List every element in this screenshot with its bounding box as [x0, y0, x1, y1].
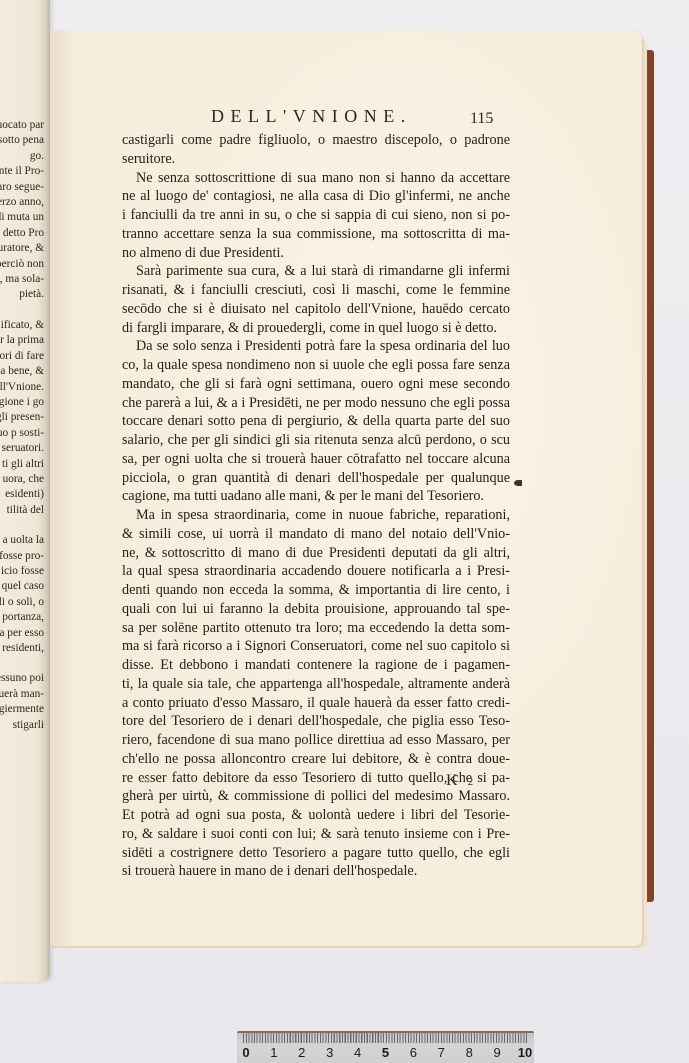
text-line: sa per solēne partito ottenuto tra loro;… [122, 619, 510, 638]
text-line: risanati, & i fanciulli cresciuti, così … [122, 281, 510, 300]
left-page-line: terzo anno, [0, 195, 44, 210]
text-line: ti, la quale sia tale, che appartenga al… [122, 675, 510, 694]
text-line: sa, per ogni uolta che si trouerà hauer … [122, 450, 510, 469]
left-page-line: esidenti) [0, 487, 44, 502]
left-page-line: ati, ma sola- [0, 272, 44, 287]
ruler-label: 7 [438, 1045, 445, 1060]
left-page-line: curatore, & [0, 241, 44, 256]
left-page-line [0, 518, 44, 533]
ruler-label: 6 [410, 1045, 417, 1060]
ruler-label: 3 [326, 1045, 333, 1060]
text-line: disse. Et debbono i mandati contenere la… [122, 656, 510, 675]
showthrough-text: na [140, 774, 150, 786]
left-page-line: uerà man- [0, 687, 44, 702]
left-page-line: da bene, & [0, 364, 44, 379]
signature-letter: K [446, 772, 458, 789]
body-text: castigarli come padre figliuolo, o maest… [122, 131, 510, 881]
left-page-line: alificato, & [0, 318, 44, 333]
text-line: gherà per uirtù, & commissione di pollic… [122, 787, 510, 806]
left-page-line: seruatori. [0, 441, 44, 456]
left-page-line: ell'Vnione. [0, 380, 44, 395]
page-number: 115 [470, 110, 493, 128]
left-page-text: auocato par, sotto penago.nente il Pro-s… [0, 118, 44, 733]
left-page-line: quel caso [0, 579, 44, 594]
text-line: cagione, ma tutti uadano alle mani, & pe… [122, 487, 510, 506]
text-line: Et potrà ad ogni sua posta, & uolontà ue… [122, 806, 510, 825]
left-page-line: auocato par [0, 118, 44, 133]
left-page-line: suo p sosti- [0, 426, 44, 441]
text-line: si trouerà hauere in mano de i denari de… [122, 862, 510, 881]
left-page-line: ti gli altri [0, 457, 44, 472]
scale-ruler: 012345678910 [237, 1031, 534, 1063]
left-page-line: i di muta un [0, 210, 44, 225]
text-line: secōdo che si è diuisato nel capitolo de… [122, 300, 510, 319]
text-line: ch'ello ne possa alloncontro creare lui … [122, 750, 510, 769]
text-line: riero, facendone di sua mano pollice dir… [122, 731, 510, 750]
text-line: Ne senza sottoscrittione di sua mano non… [122, 169, 510, 188]
left-page-line: li o soli, o [0, 595, 44, 610]
text-line: Sarà parimente sua cura, & a lui starà d… [122, 262, 510, 281]
left-page-line: a uolta la [0, 533, 44, 548]
ruler-label: 10 [518, 1045, 532, 1060]
ruler-label: 1 [270, 1045, 277, 1060]
left-page-line: il detto Pro [0, 226, 44, 241]
left-page-line: agione i go [0, 395, 44, 410]
text-line: mandato, che gli si farà ogni settimana,… [122, 375, 510, 394]
ruler-label: 2 [298, 1045, 305, 1060]
text-line: che parerà a lui, & a i Presidēti, ne pe… [122, 394, 510, 413]
left-page-line: stigarli [0, 718, 44, 733]
left-page-line [0, 656, 44, 671]
left-page-line: ssaro segue- [0, 180, 44, 195]
signature-mark: K2 [446, 772, 473, 790]
text-line: denti quando non ecceda la somma, & impo… [122, 581, 510, 600]
left-page-line: essuno poi [0, 671, 44, 686]
left-page-line [0, 303, 44, 318]
text-line: seruitore. [122, 150, 510, 169]
text-line: ne al luogo de' contagiosi, ne alla casa… [122, 187, 510, 206]
left-page-line: nente il Pro- [0, 164, 44, 179]
text-line: picciola, o gran quantità di denari dell… [122, 469, 510, 488]
left-page-line: a perciò non [0, 257, 44, 272]
left-page-line: go. [0, 149, 44, 164]
ruler-label: 5 [382, 1045, 389, 1060]
text-line: Ma in spesa straordinaria, come in nuoue… [122, 506, 510, 525]
text-line: no almeno di due Presidenti. [122, 244, 510, 263]
ruler-labels: 012345678910 [237, 1045, 534, 1063]
text-line: ro, & saldare i suoi conti con lui; & sa… [122, 825, 510, 844]
left-page-line: tilità del [0, 503, 44, 518]
left-page-line: giermente [0, 702, 44, 717]
text-line: Da se solo senza i Presidenti potrà fare… [122, 337, 510, 356]
left-page-line: , sotto pena [0, 133, 44, 148]
ruler-label: 4 [354, 1045, 361, 1060]
left-page-line: ta per esso [0, 626, 44, 641]
text-line: ma si farà ricorso a i Signori Conseruat… [122, 637, 510, 656]
text-line: toccare denari sotto pena di pergiurio, … [122, 412, 510, 431]
text-line: salario, che per gli sindici gli sia rit… [122, 431, 510, 450]
text-line: a conto priuato d'esso Massaro, il quale… [122, 694, 510, 713]
ruler-label: 8 [466, 1045, 473, 1060]
text-line: di fargli imparare, & di prouedergli, co… [122, 319, 510, 338]
manicule-mark-icon [514, 480, 522, 486]
ruler-label: 0 [242, 1045, 249, 1060]
left-page-line: per la prima [0, 333, 44, 348]
left-page-line: uora, che [0, 472, 44, 487]
text-line: tranno accettare senza la sua commission… [122, 225, 510, 244]
text-line: la qual spesa straordinaria accadendo do… [122, 562, 510, 581]
left-page-line: atori di fare [0, 349, 44, 364]
left-page-line: pietà. [0, 287, 44, 302]
text-line: ne, & sottoscritto di mano di due Presid… [122, 544, 510, 563]
ruler-label: 9 [493, 1045, 500, 1060]
text-line: co, la quale spesa nondimeno non si uuol… [122, 356, 510, 375]
left-page-line: gli presen- [0, 410, 44, 425]
ruler-ticks [243, 1033, 528, 1043]
text-line: tore del Tesoriero de i denari dell'hosp… [122, 712, 510, 731]
left-page-line: portanza, [0, 610, 44, 625]
left-page-line: residenti, [0, 641, 44, 656]
text-line: quali con lui ui faranno la debita proui… [122, 600, 510, 619]
text-line: i fanciulli da tre anni in su, o che si … [122, 206, 510, 225]
left-page: auocato par, sotto penago.nente il Pro-s… [0, 0, 50, 982]
text-line: castigarli come padre figliuolo, o maest… [122, 131, 510, 150]
left-page-line: fosse pro- [0, 549, 44, 564]
text-line: & simili cose, ui uorrà il mandato di ma… [122, 525, 510, 544]
running-head: DELL'VNIONE. [211, 106, 412, 127]
text-line: sidēti a costrignere detto Tesoriero a p… [122, 844, 510, 863]
left-page-line: icio fosse [0, 564, 44, 579]
signature-number: 2 [468, 776, 474, 788]
